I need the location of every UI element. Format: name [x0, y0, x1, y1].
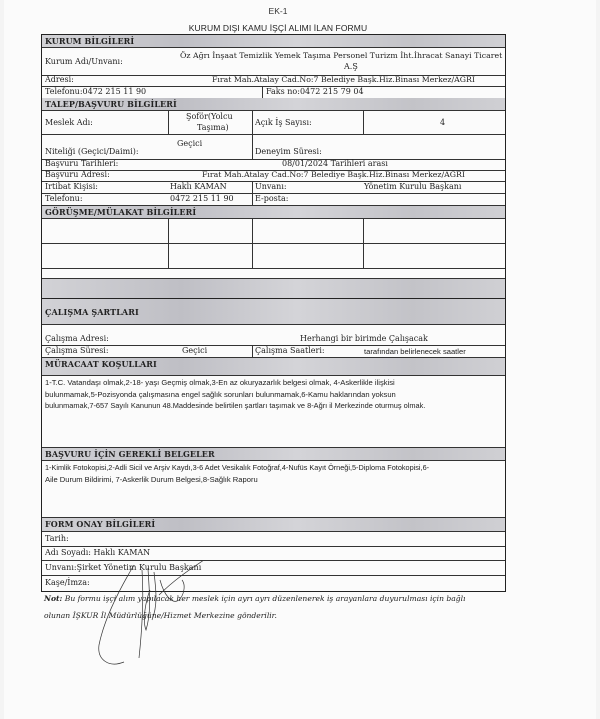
basvuru-tarih-value: 08/01/2024 Tarihleri arası	[282, 159, 388, 168]
kurum-phone: Telefonu:0472 215 11 90	[45, 87, 146, 96]
nitelik-value: Geçici	[177, 139, 202, 148]
calisma-sure-label: Çalışma Süresi:	[45, 346, 109, 355]
gorusme-row-1	[42, 219, 505, 244]
meslek-value-2: Taşıma)	[197, 123, 229, 132]
acik-is-value: 4	[440, 118, 445, 127]
kurum-name-label: Kurum Adı/Unvanı:	[45, 57, 123, 66]
telefon-row: Telefonu: 0472 215 11 90 E-posta:	[42, 194, 505, 206]
note-line-2: olunan İŞKUR İl Müdürlüğüne/Hizmet Merke…	[44, 610, 514, 621]
gorusme-row-2	[42, 244, 505, 269]
calisma-saat-value: tarafından belirlenecek saatler	[364, 347, 466, 356]
form-title: KURUM DIŞI KAMU İŞÇİ ALIMI İLAN FORMU	[4, 23, 552, 33]
form-page: EK-1 KURUM DIŞI KAMU İŞÇİ ALIMI İLAN FOR…	[4, 0, 596, 719]
section-header-belgeler: BAŞVURU İÇİN GEREKLİ BELGELER	[42, 448, 505, 461]
kurum-name-value-2: A.Ş	[344, 62, 358, 71]
irtibat-label: İrtibat Kişisi:	[45, 182, 98, 191]
section-header-onay: FORM ONAY BİLGİLERİ	[42, 518, 505, 532]
kurum-address-value: Fırat Mah.Atalay Cad.No:7 Belediye Başk.…	[212, 75, 475, 84]
belgeler-line-1: 1-Kimlik Fotokopisi,2-Adli Sicil ve Arşi…	[45, 462, 501, 474]
acik-is-label: Açık İş Sayısı:	[255, 118, 312, 127]
calisma-adres-label: Çalışma Adresi:	[45, 334, 109, 343]
muracaat-line-1: 1-T.C. Vatandaşı olmak,2-18- yaşı Geçmiş…	[45, 377, 501, 389]
section-header-muracaat: MÜRACAAT KOŞULLARI	[42, 358, 505, 376]
muracaat-line-2: bulunmamak,5-Pozisyonda çalışmasına enge…	[45, 389, 501, 401]
basvuru-adres-label: Başvuru Adresi:	[45, 170, 110, 179]
calisma-section: ÇALIŞMA ŞARTLARI Çalışma Adresi: Herhang…	[41, 299, 506, 359]
nitelik-label: Niteliği (Geçici/Daimi):	[45, 147, 139, 156]
muracaat-body: 1-T.C. Vatandaşı olmak,2-18- yaşı Geçmiş…	[42, 376, 505, 448]
basvuru-adres-row: Başvuru Adresi: Fırat Mah.Atalay Cad.No:…	[42, 171, 505, 182]
belgeler-body: 1-Kimlik Fotokopisi,2-Adli Sicil ve Arşi…	[42, 461, 505, 518]
gorusme-blank-bar	[42, 278, 505, 298]
section-header-talep: TALEP/BAŞVURU BİLGİLERİ	[42, 98, 505, 111]
kurum-name-row: Kurum Adı/Unvanı: Öz Ağrı İnşaat Temizli…	[42, 48, 505, 76]
irtibat-row: İrtibat Kişisi: Haklı KAMAN Unvanı: Yöne…	[42, 182, 505, 194]
onay-unvan-row: Unvanı:Şirket Yönetim Kurulu Başkanı	[42, 561, 505, 576]
onay-tarih-row: Tarih:	[42, 532, 505, 547]
belgeler-section: BAŞVURU İÇİN GEREKLİ BELGELER 1-Kimlik F…	[41, 448, 506, 518]
footer-note: Not: Bu formu işçi alım yapılacak her me…	[44, 593, 514, 621]
telefon-label: Telefonu:	[45, 194, 83, 203]
kurum-address-row: Adresi: Fırat Mah.Atalay Cad.No:7 Beledi…	[42, 76, 505, 87]
deneyim-label: Deneyim Süresi:	[255, 147, 322, 156]
meslek-row: Meslek Adı: Şoför(Yolcu Taşıma) Açık İş …	[42, 111, 505, 135]
calisma-adres-value: Herhangi bir birimde Çalışacak	[300, 334, 428, 343]
basvuru-adres-value: Fırat Mah.Atalay Cad.No:7 Belediye Başk.…	[202, 170, 465, 179]
onay-tarih: Tarih:	[45, 534, 69, 543]
note-line-1: Bu formu işçi alım yapılacak her meslek …	[62, 594, 465, 603]
kurum-fax: Faks no:0472 215 79 04	[266, 87, 364, 96]
unvan-value: Yönetim Kurulu Başkanı	[364, 182, 461, 191]
onay-ad-soyad: Adı Soyadı: Haklı KAMAN	[45, 548, 150, 557]
calisma-sure-row: Çalışma Süresi: Geçici Çalışma Saatleri:…	[42, 346, 505, 358]
belgeler-line-2: Aile Durum Bildirimi, 7-Askerlik Durum B…	[45, 474, 501, 486]
gorusme-section: GÖRÜŞME/MÜLAKAT BİLGİLERİ	[41, 206, 506, 299]
section-header-kurum: KURUM BİLGİLERİ	[42, 35, 505, 48]
irtibat-value: Haklı KAMAN	[170, 182, 227, 191]
section-header-calisma: ÇALIŞMA ŞARTLARI	[42, 299, 505, 325]
telefon-value: 0472 215 11 90	[170, 194, 234, 203]
onay-kase-row: Kaşe/İmza:	[42, 576, 505, 591]
calisma-adres-row: Çalışma Adresi: Herhangi bir birimde Çal…	[42, 325, 505, 346]
onay-unvan: Unvanı:Şirket Yönetim Kurulu Başkanı	[45, 563, 201, 572]
onay-kase: Kaşe/İmza:	[45, 578, 90, 587]
note-prefix: Not:	[44, 594, 62, 603]
unvan-label: Unvanı:	[255, 182, 287, 191]
meslek-value-1: Şoför(Yolcu	[186, 112, 233, 121]
calisma-sure-value: Geçici	[182, 346, 207, 355]
eposta-label: E-posta:	[255, 194, 288, 203]
muracaat-section: MÜRACAAT KOŞULLARI 1-T.C. Vatandaşı olma…	[41, 358, 506, 448]
basvuru-tarih-label: Başvuru Tarihleri:	[45, 159, 118, 168]
meslek-label: Meslek Adı:	[45, 118, 93, 127]
section-header-gorusme: GÖRÜŞME/MÜLAKAT BİLGİLERİ	[42, 206, 505, 219]
talep-section: TALEP/BAŞVURU BİLGİLERİ Meslek Adı: Şofö…	[41, 98, 506, 206]
kurum-name-value-1: Öz Ağrı İnşaat Temizlik Yemek Taşıma Per…	[180, 51, 502, 60]
calisma-saat-label: Çalışma Saatleri:	[255, 346, 325, 355]
muracaat-line-3: bulunmamak,7-657 Sayılı Kanunun 48.Madde…	[45, 400, 501, 412]
onay-ad-row: Adı Soyadı: Haklı KAMAN	[42, 547, 505, 561]
onay-section: FORM ONAY BİLGİLERİ Tarih: Adı Soyadı: H…	[41, 518, 506, 592]
nitelik-row: Niteliği (Geçici/Daimi): Geçici Deneyim …	[42, 135, 505, 160]
kurum-address-label: Adresi:	[45, 75, 74, 84]
annex-label: EK-1	[4, 6, 552, 16]
